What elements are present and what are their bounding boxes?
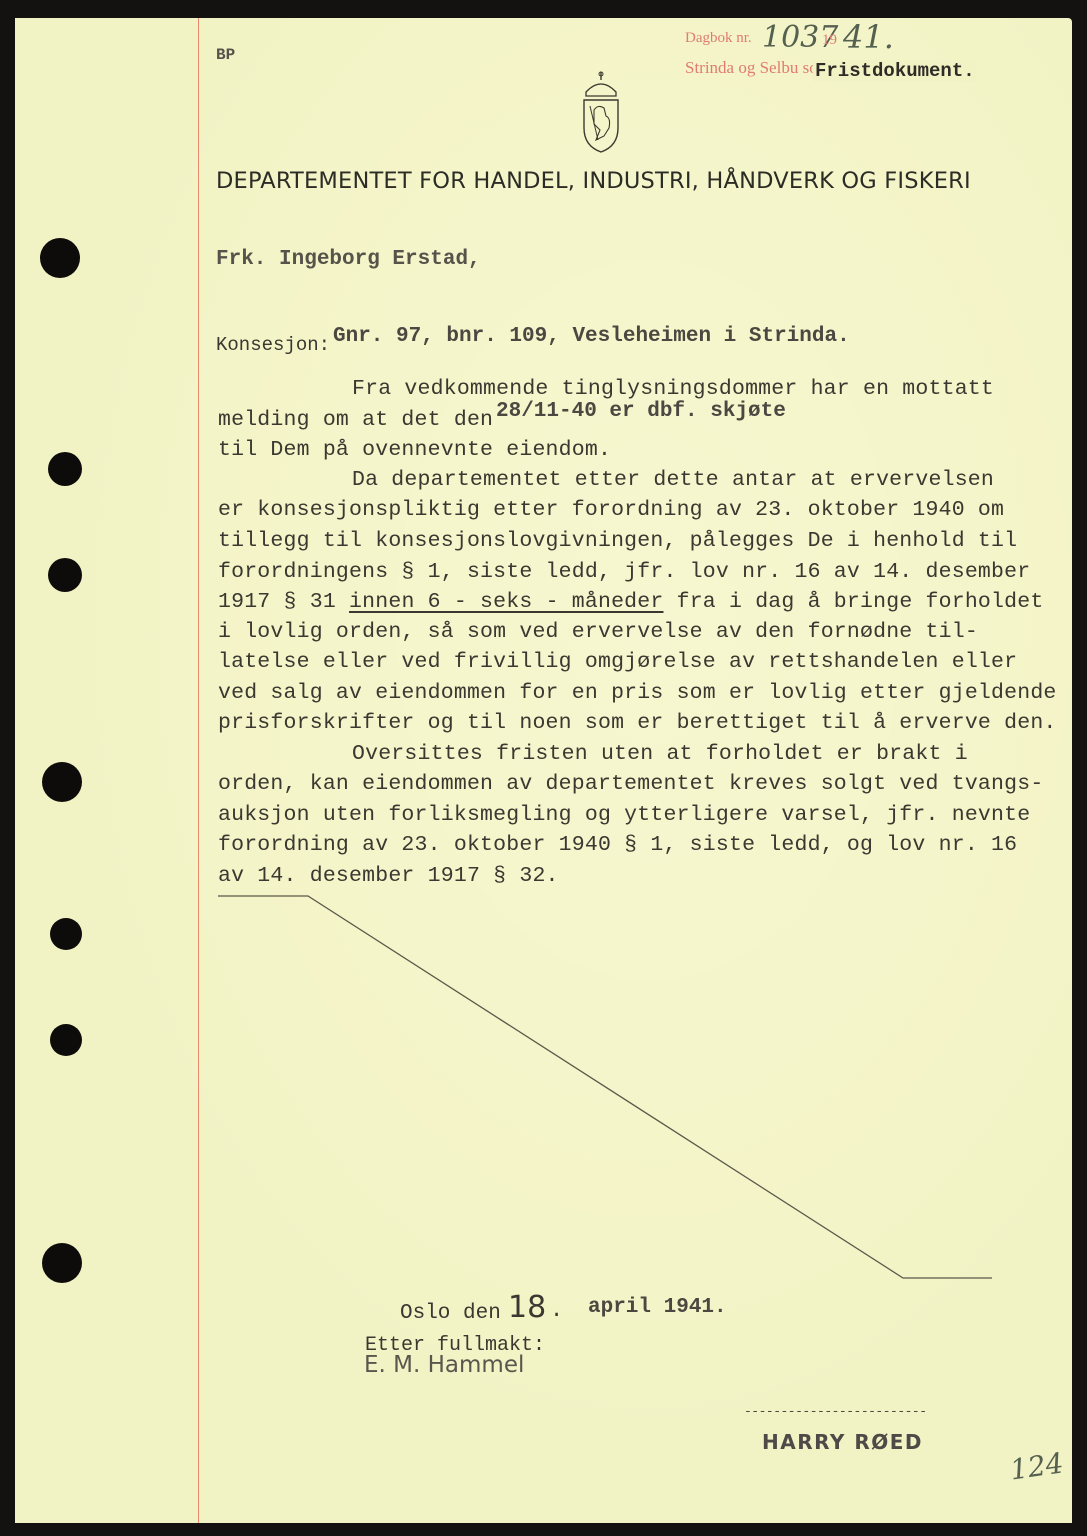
- body-line: melding om at det den: [218, 408, 493, 432]
- body-line: Fra vedkommende tinglysningsdommer har e…: [352, 377, 994, 401]
- punch-hole: [42, 762, 82, 802]
- body-line: Da departementet etter dette antar at er…: [352, 468, 994, 492]
- body-line: ved salg av eiendommen for en pris som e…: [218, 681, 1057, 705]
- body-line: Oversittes fristen uten at forholdet er …: [352, 742, 968, 766]
- fristdokument-stamp: Fristdokument.: [813, 60, 977, 82]
- body-line: 1917 § 31 innen 6 - seks - måneder fra i…: [218, 590, 1043, 614]
- punch-hole: [48, 452, 82, 486]
- deed-date-fill: 28/11-40 er dbf. skjøte: [496, 400, 786, 423]
- place-label: Oslo den: [400, 1302, 501, 1325]
- body-line: forordningens § 1, siste ledd, jfr. lov …: [218, 560, 1030, 584]
- punch-hole: [48, 558, 82, 592]
- body-line: er konsesjonspliktig etter forordning av…: [218, 498, 1004, 522]
- deadline-underlined: innen 6 - seks - måneder: [349, 590, 663, 614]
- year-suffix: 41.: [843, 18, 894, 56]
- signature-line: -------------------------: [744, 1404, 927, 1419]
- signer-stamp: E. M. Hammel: [364, 1352, 524, 1378]
- ministry-heading: DEPARTEMENTET FOR HANDEL, INDUSTRI, HÅND…: [216, 168, 971, 194]
- subject-label: Konsesjon:: [216, 334, 330, 356]
- official-name: HARRY RØED: [762, 1430, 923, 1454]
- recipient-name: Frk. Ingeborg Erstad,: [216, 248, 481, 271]
- body-line: til Dem på ovennevnte eiendom.: [218, 438, 611, 462]
- body-text: fra i dag å bringe forholdet: [663, 590, 1043, 614]
- date-day: 18: [508, 1290, 546, 1325]
- initials: BP: [216, 46, 235, 64]
- date-dot: .: [550, 1298, 563, 1323]
- punch-hole: [40, 238, 80, 278]
- body-line: av 14. desember 1917 § 32.: [218, 864, 559, 888]
- body-line: forordning av 23. oktober 1940 § 1, sist…: [218, 833, 1017, 857]
- punch-hole: [50, 918, 82, 950]
- punch-hole: [50, 1024, 82, 1056]
- dagbok-label: Dagbok nr.: [685, 30, 752, 47]
- punch-hole: [42, 1243, 82, 1283]
- body-line: tillegg til konsesjonslovgivningen, påle…: [218, 529, 1017, 553]
- date-month-year: april 1941.: [588, 1296, 727, 1319]
- body-line: orden, kan eiendommen av departementet k…: [218, 772, 1043, 796]
- body-line: auksjon uten forliksmegling og ytterlige…: [218, 803, 1030, 827]
- body-line: latelse eller ved frivillig omgjørelse a…: [218, 650, 1017, 674]
- body-line: prisforskrifter og til noen som er beret…: [218, 711, 1057, 735]
- body-line: i lovlig orden, så som ved ervervelse av…: [218, 620, 978, 644]
- margin-line: [198, 18, 199, 1523]
- norwegian-coat-of-arms-icon: [576, 70, 626, 154]
- body-text: 1917 § 31: [218, 590, 349, 614]
- year-prefix: 19: [822, 32, 837, 49]
- subject-value: Gnr. 97, bnr. 109, Vesleheimen i Strinda…: [333, 325, 850, 348]
